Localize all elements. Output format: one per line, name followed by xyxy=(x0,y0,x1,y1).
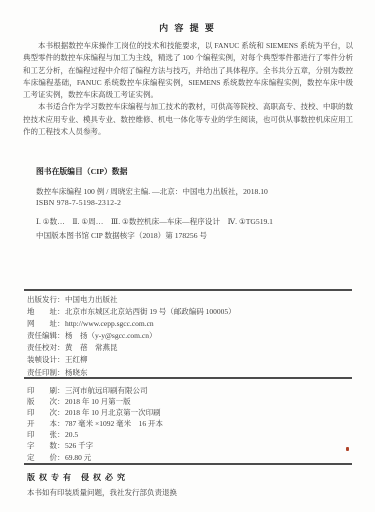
info-row-address: 地 址： 北京市东城区北京站西街 19 号（邮政编码 100005） xyxy=(27,306,357,318)
info-row-impression: 印 次： 2018 年 10 月北京第一次印刷 xyxy=(27,407,357,418)
info-value: 三河市航远印刷有限公司 xyxy=(65,385,357,396)
summary-title: 内 容 提 要 xyxy=(0,21,375,34)
info-row-publisher: 出版发行： 中国电力出版社 xyxy=(27,294,357,306)
scan-smudge xyxy=(86,122,96,138)
divider-rule-bottom xyxy=(24,463,352,465)
info-label: 印 次： xyxy=(27,407,65,418)
cip-header: 图书在版编目（CIP）数据 xyxy=(36,166,356,177)
printing-info-block: 印 刷： 三河市航远印刷有限公司 版 次： 2018 年 10 月第一版 印 次… xyxy=(27,385,357,463)
info-value: 20.5 xyxy=(65,429,357,440)
divider-rule-top xyxy=(24,289,352,291)
info-row-price: 定 价： 69.80 元 xyxy=(27,452,357,463)
info-value: 黄 蓓 常燕昆 xyxy=(65,342,357,354)
info-label: 出版发行： xyxy=(27,294,65,306)
info-label: 字 数： xyxy=(27,440,65,451)
cip-title-line: 数控车床编程 100 例 / 周晓宏主编. —北京：中国电力出版社，2018.1… xyxy=(36,186,356,197)
info-value: 526 千字 xyxy=(65,440,357,451)
info-row-website: 网 址： http://www.cepp.sgcc.com.cn xyxy=(27,318,357,330)
info-value: 2018 年 10 月北京第一次印刷 xyxy=(65,407,357,418)
info-label: 地 址： xyxy=(27,306,65,318)
info-row-word-count: 字 数： 526 千字 xyxy=(27,440,357,451)
info-value: 北京市东城区北京站西街 19 号（邮政编码 100005） xyxy=(65,306,357,318)
info-value: 杨 扬（y-y@sgcc.com.cn） xyxy=(65,330,357,342)
cip-record-number: 中国版本图书馆 CIP 数据核字（2018）第 178256 号 xyxy=(36,230,356,241)
info-row-printer: 印 刷： 三河市航远印刷有限公司 xyxy=(27,385,357,396)
info-label: 开 本： xyxy=(27,418,65,429)
info-value: http://www.cepp.sgcc.com.cn xyxy=(65,318,357,330)
summary-block: 本书根据数控车床操作工岗位的技术和技能要求，以 FANUC 系统和 SIEMEN… xyxy=(23,40,353,138)
info-label: 责任校对： xyxy=(27,342,65,354)
info-label: 印 张： xyxy=(27,429,65,440)
info-label: 网 址： xyxy=(27,318,65,330)
info-row-format: 开 本： 787 毫米 ×1092 毫米 16 开本 xyxy=(27,418,357,429)
divider-rule-middle xyxy=(24,377,352,379)
info-value: 2018 年 10 月第一版 xyxy=(65,396,357,407)
info-label: 责任编辑： xyxy=(27,330,65,342)
info-row-proofreader: 责任校对： 黄 蓓 常燕昆 xyxy=(27,342,357,354)
publisher-info-block: 出版发行： 中国电力出版社 地 址： 北京市东城区北京站西街 19 号（邮政编码… xyxy=(27,294,357,379)
info-row-designer: 装帧设计： 王红柳 xyxy=(27,354,357,366)
info-label: 装帧设计： xyxy=(27,354,65,366)
info-label: 定 价： xyxy=(27,452,65,463)
summary-paragraph-1: 本书根据数控车床操作工岗位的技术和技能要求，以 FANUC 系统和 SIEMEN… xyxy=(23,40,353,101)
cip-isbn: ISBN 978-7-5198-2312-2 xyxy=(36,198,356,207)
info-row-edition: 版 次： 2018 年 10 月第一版 xyxy=(27,396,357,407)
info-label: 版 次： xyxy=(27,396,65,407)
copyright-notice: 版 权 专 有 侵 权 必 究 xyxy=(27,472,126,483)
info-row-sheets: 印 张： 20.5 xyxy=(27,429,357,440)
info-row-editor: 责任编辑： 杨 扬（y-y@sgcc.com.cn） xyxy=(27,330,357,342)
info-label: 印 刷： xyxy=(27,385,65,396)
info-value: 69.80 元 xyxy=(65,452,357,463)
ink-speck xyxy=(346,447,349,451)
info-value: 787 毫米 ×1092 毫米 16 开本 xyxy=(65,418,357,429)
returns-notice: 本书如有印装质量问题，我社发行部负责退换 xyxy=(27,487,177,498)
info-value: 王红柳 xyxy=(65,354,357,366)
copyright-page: 内 容 提 要 本书根据数控车床操作工岗位的技术和技能要求，以 FANUC 系统… xyxy=(0,0,375,512)
info-value: 中国电力出版社 xyxy=(65,294,357,306)
cip-classification: Ⅰ. ①数… Ⅱ. ①周… Ⅲ. ①数控机床—车床—程序设计 Ⅳ. ①TG519… xyxy=(36,216,356,227)
summary-paragraph-2: 本书适合作为学习数控车床编程与加工技术的教材，可供高等院校、高职高专、技校、中职… xyxy=(23,101,353,138)
